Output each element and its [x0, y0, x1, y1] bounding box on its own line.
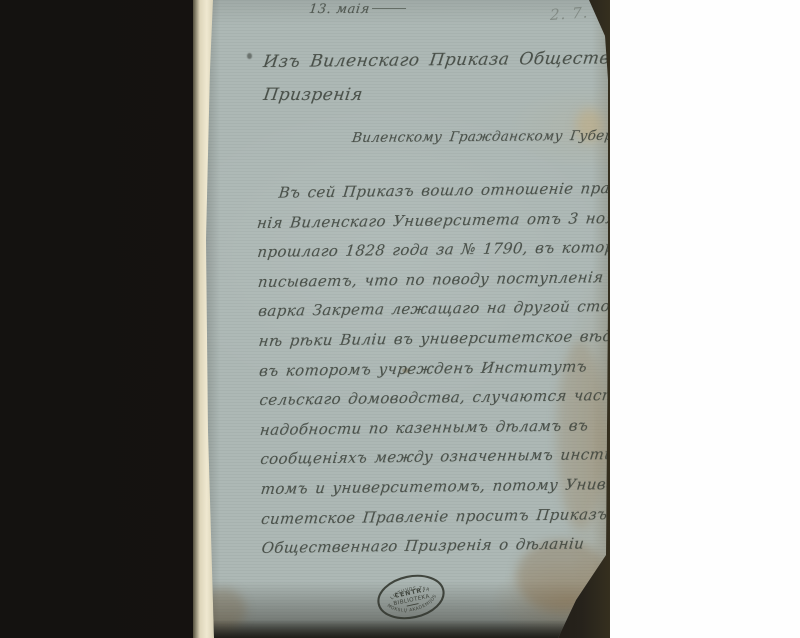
manuscript-line: нѣ рѣки Виліи въ университетское вѣдомст… [256, 327, 615, 362]
letter-heading-line-2: Призренія [262, 85, 364, 105]
ink-speck [247, 53, 252, 59]
scanned-document-view: 13. маія 2. 7. Изъ Виленскаго Приказа Об… [0, 0, 800, 638]
header-date-note: 13. маія [308, 2, 407, 17]
manuscript-line: Въ сей Приказъ вошло отношеніе правле- [254, 179, 613, 214]
manuscript-body: Въ сей Приказъ вошло отношеніе правле- н… [254, 179, 615, 569]
paper-bottom-edge-shadow [204, 620, 608, 638]
scan-white-margin [610, 0, 800, 638]
archival-page-number-note: 2. 7. [550, 3, 589, 24]
manuscript-line: Общественнаго Призренія о дѣланіи [259, 534, 618, 569]
manuscript-line: томъ и университетомъ, потому Универ- [259, 475, 618, 510]
manuscript-line: прошлаго 1828 года за № 1790, въ котором… [255, 238, 614, 273]
document-paper: 13. маія 2. 7. Изъ Виленскаго Приказа Об… [204, 0, 608, 638]
manuscript-line: сельскаго домоводства, случаются частыя [257, 386, 616, 421]
